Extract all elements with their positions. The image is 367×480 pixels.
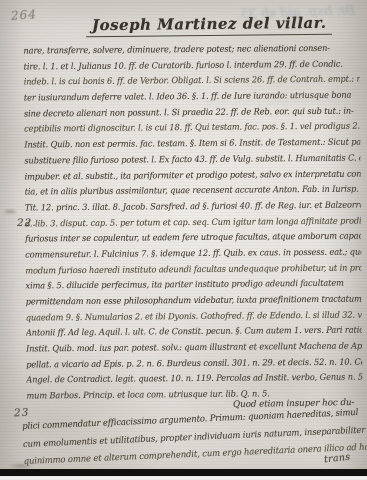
manuscript-scan-page: 264 Br. bsp. gid sb 35. sb sirots ssnoq … (0, 0, 367, 480)
scan-edge-strip (0, 476, 367, 480)
scan-edge-bar (0, 469, 367, 476)
ink-smudge (2, 208, 18, 215)
catchword: trans (324, 452, 352, 466)
page-header: Joseph Martinez del villar. (86, 14, 312, 36)
folio-number: 264 (11, 7, 38, 23)
margin-number-23: 23 (14, 407, 30, 420)
main-text-block: nare, transferre, solvere, diminuere, tr… (23, 42, 362, 407)
manuscript-title: Joseph Martinez del villar. (86, 14, 333, 38)
second-paragraph-block: plici commendatur efficacissimo argument… (22, 405, 360, 475)
